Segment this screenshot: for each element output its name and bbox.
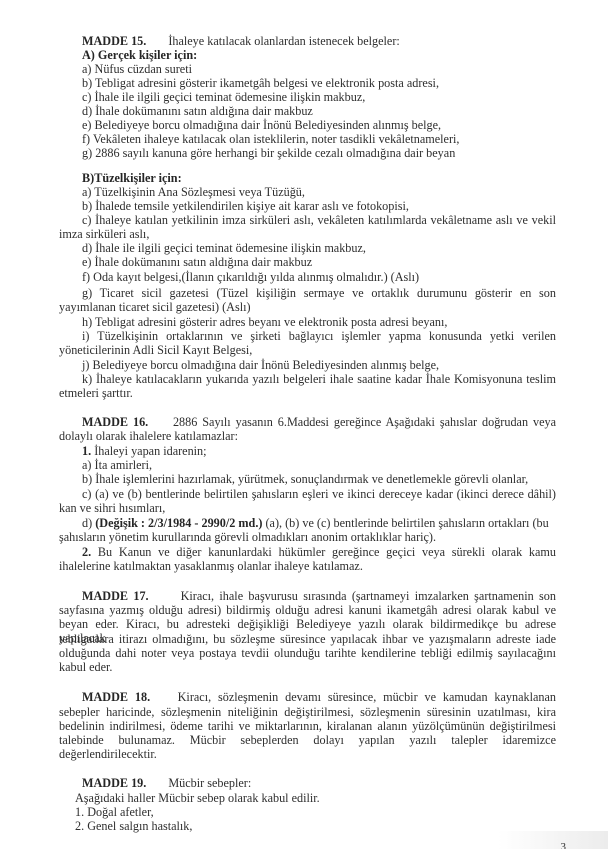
gercek-item-b: b) Tebligat adresini gösterir ikametgâh … xyxy=(82,76,439,90)
amendment-note: (Değişik : 2/3/1984 - 2990/2 md.) xyxy=(95,516,262,530)
madde-15-heading: MADDE 15. xyxy=(82,34,146,48)
gercek-item-e: e) Belediyeye borcu olmadığına dair İnön… xyxy=(82,118,441,132)
madde-18-line: bedelinin indirilmesi, ödeme tarihi ve m… xyxy=(59,719,556,733)
tuzel-line: etmeleri şarttır. xyxy=(59,386,133,400)
item-letter: d) xyxy=(82,516,95,530)
tuzel-line: a) Tüzelkişinin Ana Sözleşmesi veya Tüzü… xyxy=(82,185,305,199)
tuzel-line: h) Tebligat adresini gösterir adres beya… xyxy=(82,315,447,329)
item-text: (a), (b) ve (c) bentlerinde belirtilen ş… xyxy=(262,516,548,530)
tuzel-line: i) Tüzelkişinin ortaklarının ve şirketi … xyxy=(82,329,556,343)
item-text: İhaleyi yapan idarenin; xyxy=(94,444,206,458)
madde-17-line: MADDE 17. Kiracı, ihale başvurusu sırası… xyxy=(82,589,556,603)
tuzel-line: g) Ticaret sicil gazetesi (Tüzel kişiliğ… xyxy=(82,286,556,300)
madde-16-item-1: 1. İhaleyi yapan idarenin; xyxy=(82,444,207,458)
gercek-item-a: a) Nüfus cüzdan sureti xyxy=(82,62,192,76)
madde-16-d: d) (Değişik : 2/3/1984 - 2990/2 md.) (a)… xyxy=(82,516,556,530)
tuzel-line: yöneticilerinin Adli Sicil Kayıt Belgesi… xyxy=(59,343,252,357)
madde-16-item-2-cont: ihalelerine katılmaktan yasaklanmış olan… xyxy=(59,559,363,573)
madde-16-line: MADDE 16. 2886 Sayılı yasanın 6.Maddesi … xyxy=(82,415,556,429)
madde-16-item-2: 2. Bu Kanun ve diğer kanunlardaki hüküml… xyxy=(82,545,556,559)
document-page: MADDE 15.İhaleye katılacak olanlardan is… xyxy=(0,0,608,849)
item-number: 1. xyxy=(82,444,91,458)
gercek-kisiler-heading: A) Gerçek kişiler için: xyxy=(82,48,197,62)
madde-17-line: kabul eder. xyxy=(59,660,112,674)
tuzel-line: c) İhaleye katılan yetkilinin imza sirkü… xyxy=(82,213,556,227)
madde-18-text: Kiracı, sözleşmenin devamı süresince, mü… xyxy=(178,690,556,704)
tuzel-line: j) Belediyeye borcu olmadığına dair İnön… xyxy=(82,358,439,372)
madde-16-c: c) (a) ve (b) bentlerinde belirtilen şah… xyxy=(82,487,556,501)
tuzel-line: yayımlanan ticaret sicil gazetesi) (Aslı… xyxy=(59,300,251,314)
gercek-item-f: f) Vekâleten ihaleye katılacak olan iste… xyxy=(82,132,459,146)
madde-19-title: Mücbir sebepler: xyxy=(168,776,251,790)
madde-16-b: b) İhale işlemlerini hazırlamak, yürütme… xyxy=(82,472,528,486)
gercek-item-g: g) 2886 sayılı kanuna göre herhangi bir … xyxy=(82,146,455,160)
madde-17-line: tebligatlara itirazı olmadığını, bu sözl… xyxy=(59,632,556,646)
madde-17-line: olduğunda dahi noter veya postaya tevdii… xyxy=(59,646,556,660)
page-number: 3 xyxy=(561,841,567,849)
tuzel-kisiler-heading: B)Tüzelkişiler için: xyxy=(82,171,182,185)
madde-16-line: dolaylı olarak ihalelere katılamazlar: xyxy=(59,429,238,443)
madde-17-text: Kiracı, ihale başvurusu sırasında (şartn… xyxy=(181,589,556,603)
tuzel-line: b) İhalede temsile yetkilendirilen kişiy… xyxy=(82,199,409,213)
gercek-item-d: d) İhale dokümanını satın aldığına dair … xyxy=(82,104,313,118)
madde-16-c-cont: kan ve sihri hısımları, xyxy=(59,501,165,515)
madde-19-heading: MADDE 19. xyxy=(82,776,146,790)
tuzel-line: imza sirküleri aslı, xyxy=(59,227,149,241)
madde-17-heading: MADDE 17. xyxy=(82,589,149,603)
tuzel-line: k) İhaleye katılacakların yukarıda yazıl… xyxy=(82,372,556,386)
tuzel-line: e) İhale dokümanını satın aldığına dair … xyxy=(82,255,312,269)
madde-18-line: MADDE 18. Kiracı, sözleşmenin devamı sür… xyxy=(82,690,556,704)
madde-19-item-1: 1. Doğal afetler, xyxy=(75,805,154,819)
madde-16-text: 2886 Sayılı yasanın 6.Maddesi gereğince … xyxy=(173,415,556,429)
item-number: 2. xyxy=(82,545,91,559)
madde-18-line: talebinde bulunamaz. Mücbir sebeplerden … xyxy=(59,733,556,747)
madde-15-title: İhaleye katılacak olanlardan istenecek b… xyxy=(168,34,399,48)
madde-16-d-cont: şahısların yönetim kurullarında görevli … xyxy=(59,530,436,544)
madde-16-heading: MADDE 16. xyxy=(82,415,148,429)
page-footer-shade: 3 xyxy=(498,831,608,849)
madde-18-line: değerlendirilecektir. xyxy=(59,747,157,761)
tuzel-line: d) İhale ile ilgili geçici teminat ödeme… xyxy=(82,241,366,255)
item-text: Bu Kanun ve diğer kanunlardaki hükümler … xyxy=(98,545,556,559)
madde-17-line: sayfasına yazmış olduğu adresi) bildirmi… xyxy=(59,603,556,617)
tuzel-line: f) Oda kayıt belgesi,(İlanın çıkarıldığı… xyxy=(82,270,419,284)
madde-18-line: sebepler haricinde, sözleşmenin niteliği… xyxy=(59,705,556,719)
madde-19-intro: Aşağıdaki haller Mücbir sebep olarak kab… xyxy=(75,791,320,805)
madde-16-a: a) İta amirleri, xyxy=(82,458,152,472)
madde-19-line: MADDE 19.Mücbir sebepler: xyxy=(82,776,251,790)
madde-19-item-2: 2. Genel salgın hastalık, xyxy=(75,819,192,833)
madde-18-heading: MADDE 18. xyxy=(82,690,150,704)
madde-15-line: MADDE 15.İhaleye katılacak olanlardan is… xyxy=(82,34,400,48)
gercek-item-c: c) İhale ile ilgili geçici teminat ödeme… xyxy=(82,90,365,104)
